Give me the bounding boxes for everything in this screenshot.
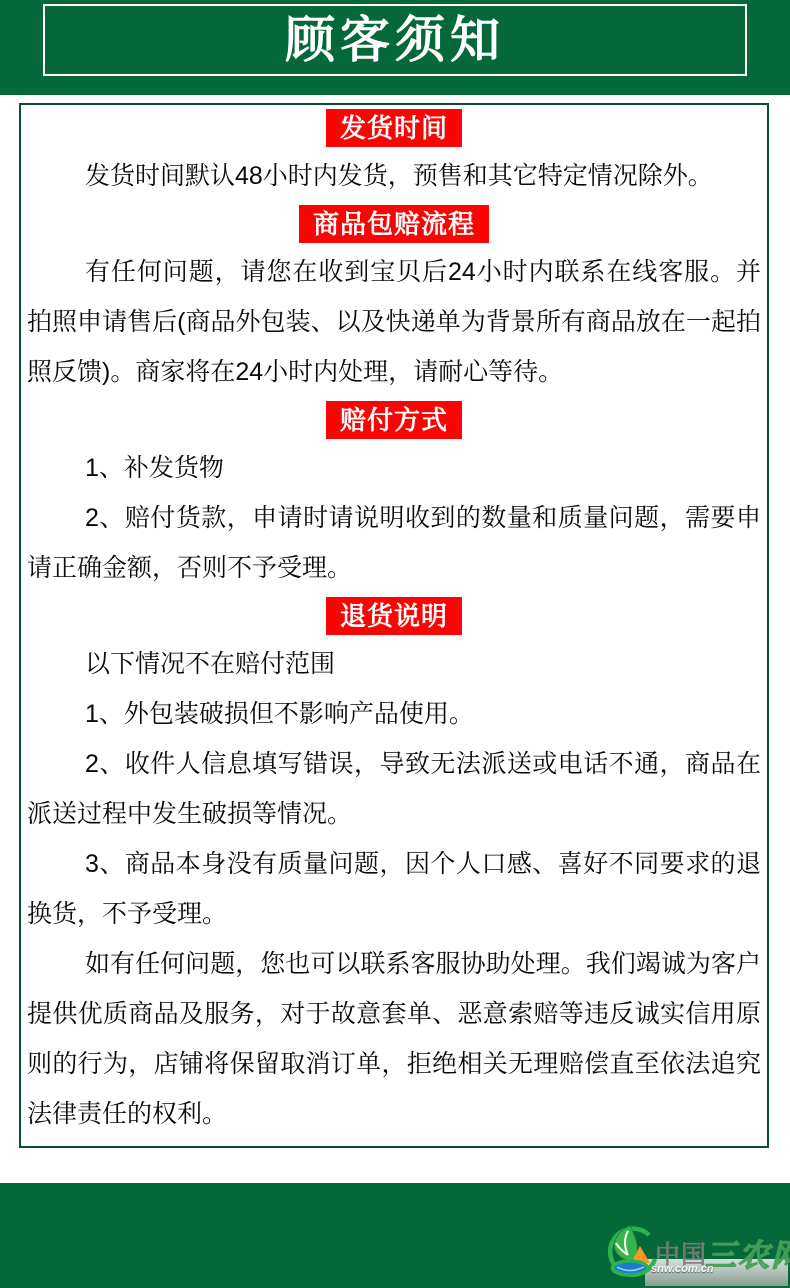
notice-paragraph: 2、赔付货款，申请时请说明收到的数量和质量问题，需要申请正确金额，否则不予受理。 <box>27 493 761 593</box>
notice-paragraph: 如有任何问题，您也可以联系客服协助处理。我们竭诚为客户提供优质商品及服务，对于故… <box>27 939 761 1139</box>
section-badge: 商品包赔流程 <box>299 205 489 243</box>
snw-watermark-logo: 中国 三农网 snw.com.cn <box>603 1223 788 1287</box>
notice-card: 发货时间发货时间默认48小时内发货，预售和其它特定情况除外。商品包赔流程有任何问… <box>19 103 769 1148</box>
section-badge: 赔付方式 <box>326 401 462 439</box>
page-title: 顾客须知 <box>285 15 505 65</box>
logo-domain-text: snw.com.cn <box>651 1263 714 1275</box>
notice-paragraph: 2、收件人信息填写错误，导致无法派送或电话不通，商品在派送过程中发生破损等情况。 <box>27 739 761 839</box>
notice-paragraph: 1、补发货物 <box>27 443 761 493</box>
logo-text-brand: 三农网 <box>705 1230 790 1275</box>
leaf-logo-icon <box>603 1223 657 1285</box>
notice-paragraph: 有任何问题，请您在收到宝贝后24小时内联系在线客服。并拍照申请售后(商品外包装、… <box>27 247 761 397</box>
notice-paragraph: 以下情况不在赔付范围 <box>27 639 761 689</box>
notice-paragraph: 3、商品本身没有质量问题，因个人口感、喜好不同要求的退换货，不予受理。 <box>27 839 761 939</box>
customer-notice-page: 顾客须知 发货时间发货时间默认48小时内发货，预售和其它特定情况除外。商品包赔流… <box>0 0 790 1288</box>
notice-paragraph: 1、外包装破损但不影响产品使用。 <box>27 689 761 739</box>
title-box: 顾客须知 <box>43 4 747 76</box>
notice-paragraph: 发货时间默认48小时内发货，预售和其它特定情况除外。 <box>27 151 761 201</box>
footer: 中国 三农网 snw.com.cn <box>0 1183 790 1288</box>
section-badge: 退货说明 <box>326 597 462 635</box>
page-header: 顾客须知 <box>0 0 790 95</box>
section-badge: 发货时间 <box>326 109 462 147</box>
